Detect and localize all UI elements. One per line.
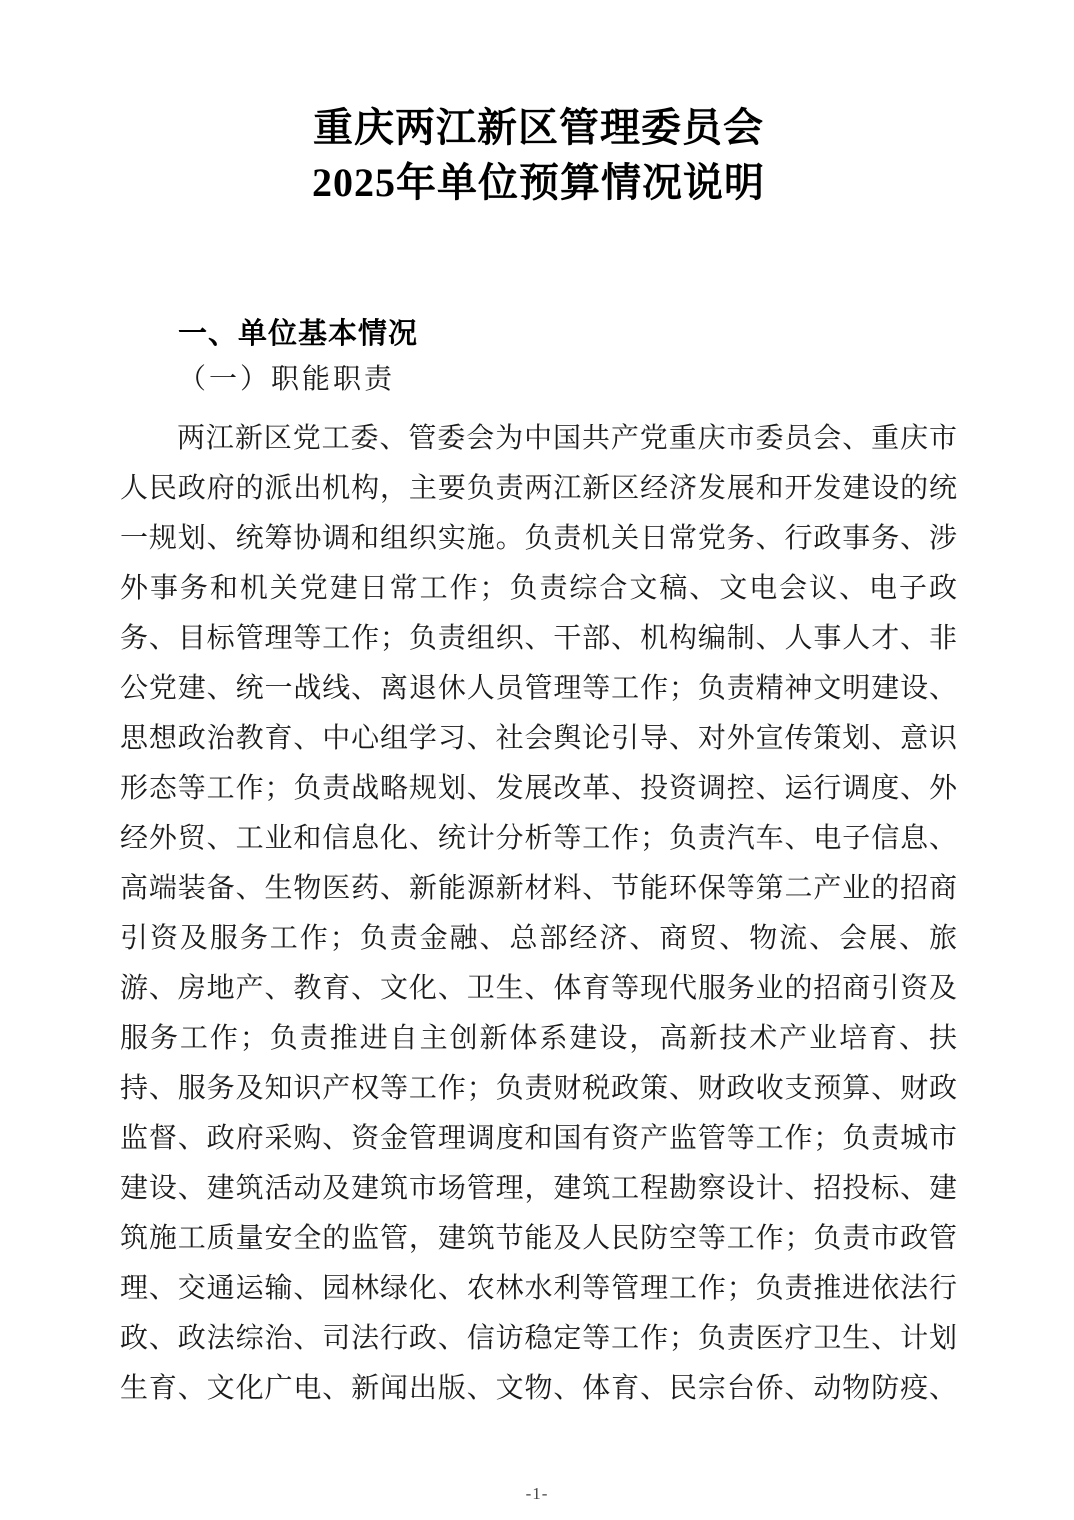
paragraph-line: 高端装备、生物医药、新能源新材料、节能环保等第二产业的招商 (120, 864, 957, 914)
paragraph-line: 外事务和机关党建日常工作；负责综合文稿、文电会议、电子政 (120, 564, 957, 614)
title-line-2: 2025年单位预算情况说明 (120, 155, 957, 210)
title-line-1: 重庆两江新区管理委员会 (120, 100, 957, 155)
paragraph-line: 政、政法综治、司法行政、信访稳定等工作；负责医疗卫生、计划 (120, 1314, 957, 1364)
section-heading: 一、单位基本情况 (120, 316, 957, 352)
subsection-heading: （一）职能职责 (120, 362, 957, 398)
page-number: -1- (0, 1484, 1074, 1504)
paragraph-line: 经外贸、工业和信息化、统计分析等工作；负责汽车、电子信息、 (120, 814, 957, 864)
document-title: 重庆两江新区管理委员会 2025年单位预算情况说明 (120, 100, 957, 210)
body-paragraph: 两江新区党工委、管委会为中国共产党重庆市委员会、重庆市人民政府的派出机构，主要负… (120, 414, 957, 1414)
paragraph-line: 建设、建筑活动及建筑市场管理，建筑工程勘察设计、招投标、建 (120, 1164, 957, 1214)
paragraph-line: 一规划、统筹协调和组织实施。负责机关日常党务、行政事务、涉 (120, 514, 957, 564)
paragraph-line: 持、服务及知识产权等工作；负责财税政策、财政收支预算、财政 (120, 1064, 957, 1114)
paragraph-line: 生育、文化广电、新闻出版、文物、体育、民宗台侨、动物防疫、 (120, 1364, 957, 1414)
paragraph-line: 服务工作；负责推进自主创新体系建设，高新技术产业培育、扶 (120, 1014, 957, 1064)
paragraph-line: 形态等工作；负责战略规划、发展改革、投资调控、运行调度、外 (120, 764, 957, 814)
paragraph-line: 游、房地产、教育、文化、卫生、体育等现代服务业的招商引资及 (120, 964, 957, 1014)
document-page: 重庆两江新区管理委员会 2025年单位预算情况说明 一、单位基本情况 （一）职能… (0, 0, 1074, 1520)
paragraph-line: 思想政治教育、中心组学习、社会舆论引导、对外宣传策划、意识 (120, 714, 957, 764)
paragraph-line: 监督、政府采购、资金管理调度和国有资产监管等工作；负责城市 (120, 1114, 957, 1164)
paragraph-line: 理、交通运输、园林绿化、农林水利等管理工作；负责推进依法行 (120, 1264, 957, 1314)
document-content: 重庆两江新区管理委员会 2025年单位预算情况说明 一、单位基本情况 （一）职能… (0, 100, 1074, 1414)
paragraph-line: 引资及服务工作；负责金融、总部经济、商贸、物流、会展、旅 (120, 914, 957, 964)
paragraph-line: 人民政府的派出机构，主要负责两江新区经济发展和开发建设的统 (120, 464, 957, 514)
paragraph-line: 两江新区党工委、管委会为中国共产党重庆市委员会、重庆市 (120, 414, 957, 464)
paragraph-line: 务、目标管理等工作；负责组织、干部、机构编制、人事人才、非 (120, 614, 957, 664)
paragraph-line: 筑施工质量安全的监管，建筑节能及人民防空等工作；负责市政管 (120, 1214, 957, 1264)
paragraph-line: 公党建、统一战线、离退休人员管理等工作；负责精神文明建设、 (120, 664, 957, 714)
